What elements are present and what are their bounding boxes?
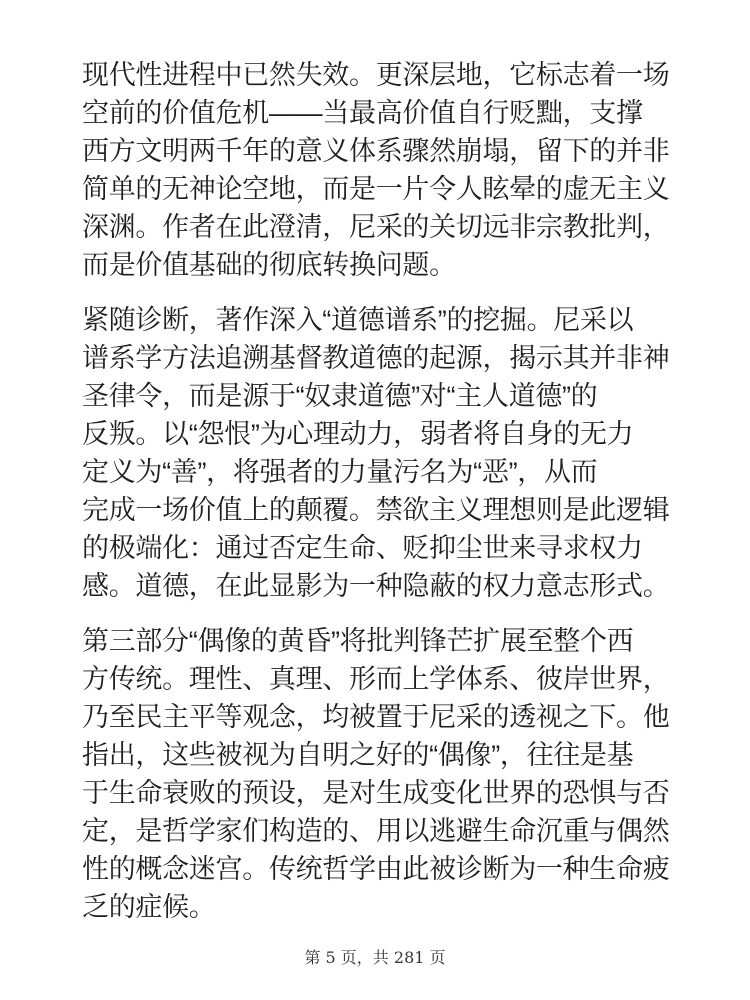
page-text-content: 现代性进程中已然失效。更深层地，它标志着一场 空前的价值危机——当最高价值自行贬… — [82, 56, 726, 943]
paragraph-genealogy-of-morals: 紧随诊断，著作深入“道德谱系”的挖掘。尼采以 谱系学方法追溯基督教道德的起源，揭… — [82, 301, 726, 605]
page-number-indicator: 第 5 页，共 281 页 — [0, 948, 750, 968]
paragraph-nihilism-crisis: 现代性进程中已然失效。更深层地，它标志着一场 空前的价值危机——当最高价值自行贬… — [82, 56, 726, 284]
document-page: 现代性进程中已然失效。更深层地，它标志着一场 空前的价值危机——当最高价值自行贬… — [0, 0, 750, 1000]
paragraph-twilight-of-idols: 第三部分“偶像的黄昏”将批判锋芒扩展至整个西 方传统。理性、真理、形而上学体系、… — [82, 622, 726, 926]
